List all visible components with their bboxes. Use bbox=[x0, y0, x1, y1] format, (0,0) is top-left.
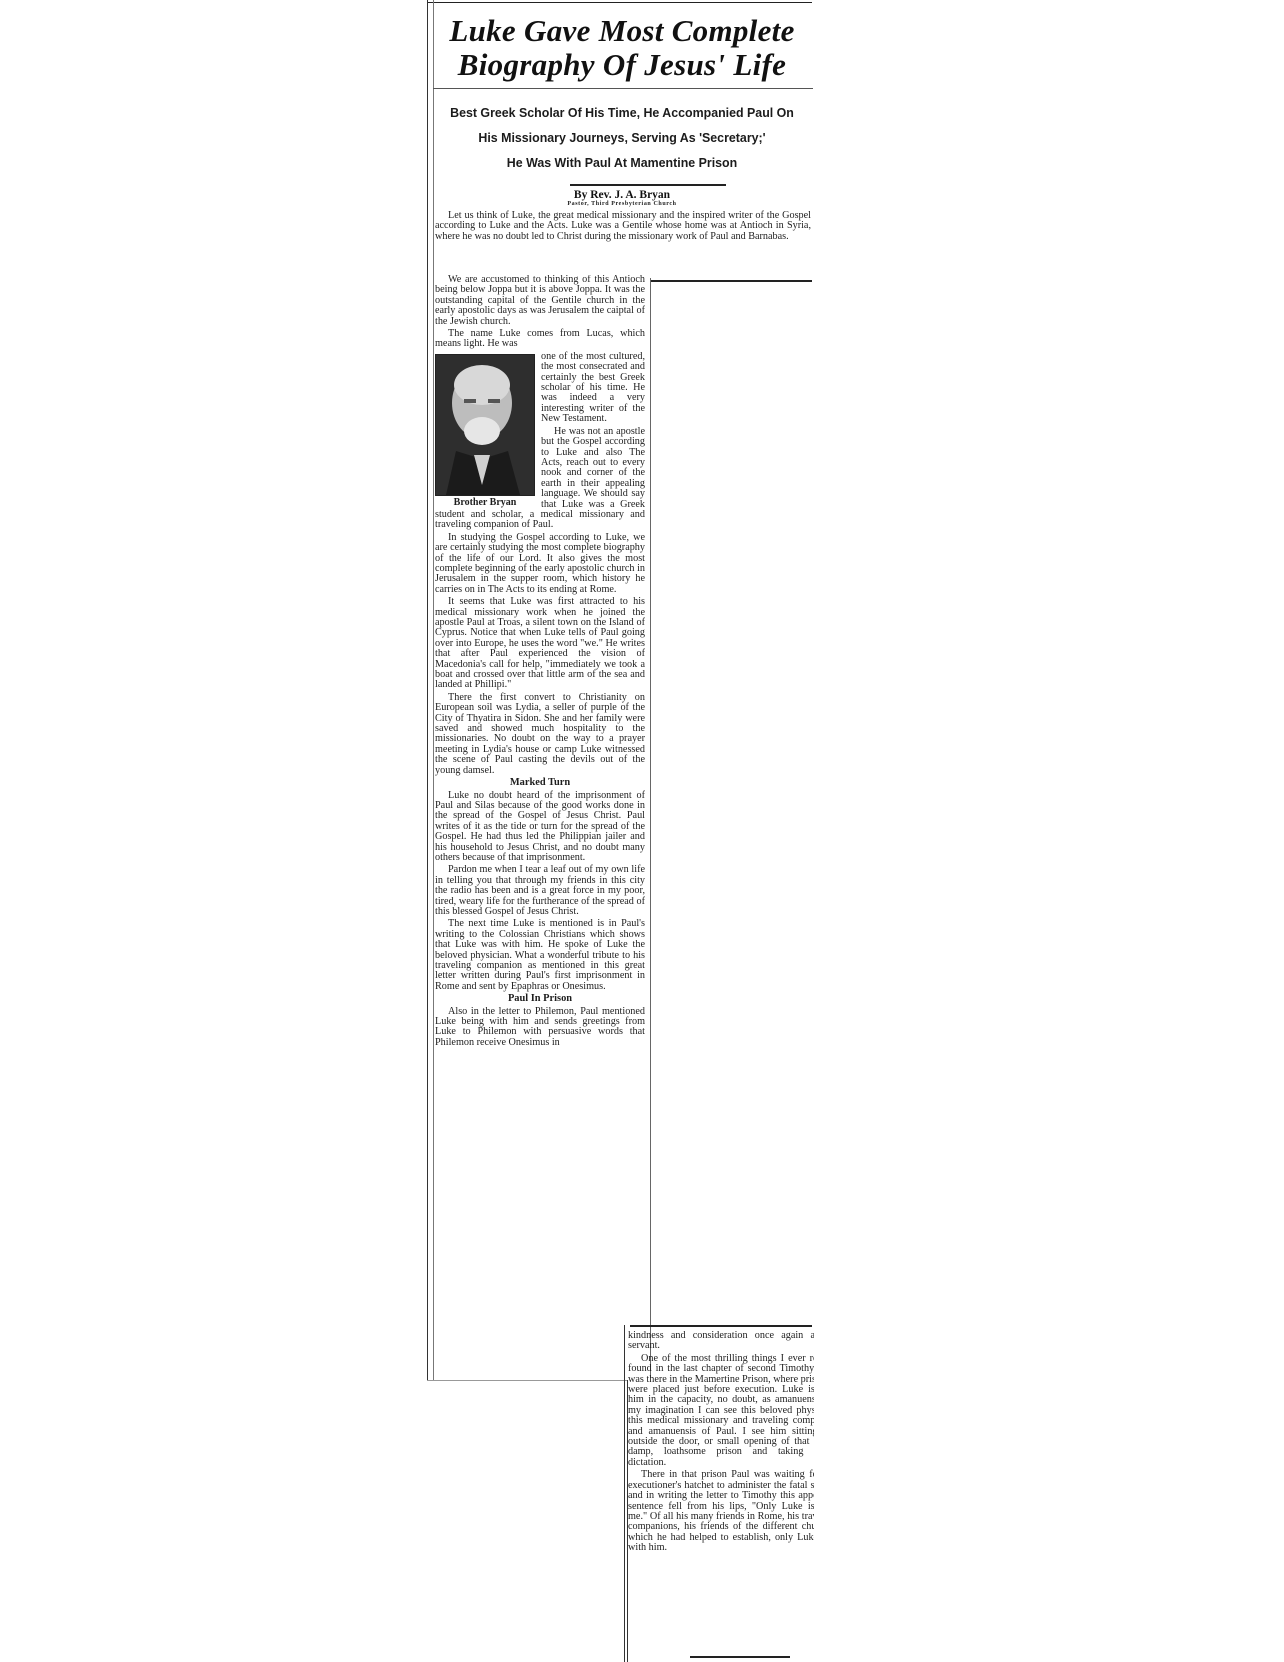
lede-paragraph: Let us think of Luke, the great medical … bbox=[435, 211, 811, 244]
col1-bottom-rule bbox=[427, 1380, 627, 1381]
headline: Luke Gave Most Complete Biography Of Jes… bbox=[432, 14, 812, 82]
left-border bbox=[427, 0, 428, 1380]
top-border bbox=[428, 2, 812, 3]
lede-text: Let us think of Luke, the great medical … bbox=[435, 211, 811, 242]
paragraph: In studying the Gospel according to Luke… bbox=[435, 533, 645, 595]
paragraph: There the first convert to Christianity … bbox=[435, 693, 645, 776]
deck-line-3: He Was With Paul At Mamentine Prison bbox=[443, 150, 800, 175]
author-title: Pastor, Third Presbyterian Church bbox=[432, 201, 812, 207]
byline: By Rev. J. A. Bryan bbox=[432, 189, 812, 201]
scan-mask-far-right bbox=[814, 0, 1284, 1662]
deck-subheadline: Best Greek Scholar Of His Time, He Accom… bbox=[443, 100, 800, 175]
headline-line-1: Luke Gave Most Complete bbox=[432, 14, 812, 48]
portrait-photo-icon bbox=[435, 354, 535, 496]
inset-top-rule bbox=[650, 280, 812, 282]
paragraph: Also in the letter to Philemon, Paul men… bbox=[435, 1007, 645, 1049]
paragraph: The next time Luke is mentioned is in Pa… bbox=[435, 919, 645, 992]
col2-top-rule bbox=[630, 1325, 812, 1327]
paragraph: Pardon me when I tear a leaf out of my o… bbox=[435, 865, 645, 917]
scan-mask-right bbox=[652, 284, 812, 1324]
paragraph: It seems that Luke was first attracted t… bbox=[435, 597, 645, 691]
subheading-marked-turn: Marked Turn bbox=[435, 778, 645, 788]
deck-line-2: His Missionary Journeys, Serving As 'Sec… bbox=[443, 125, 800, 150]
author-photo: Brother Bryan bbox=[435, 354, 535, 504]
col-divider bbox=[650, 278, 651, 1378]
paragraph: There in that prison Paul was waiting fo… bbox=[628, 1470, 838, 1553]
photo-caption: Brother Bryan bbox=[435, 498, 535, 508]
paragraph: One of the most thrilling things I ever … bbox=[628, 1354, 838, 1468]
col2-left-border bbox=[624, 1325, 625, 1662]
paragraph: We are accustomed to thinking of this An… bbox=[435, 275, 645, 327]
paragraph: The name Luke comes from Lucas, which me… bbox=[435, 329, 645, 350]
deck-line-1: Best Greek Scholar Of His Time, He Accom… bbox=[443, 100, 800, 125]
paragraph: kindness and consideration once again as… bbox=[628, 1331, 838, 1352]
subheading-paul-in-prison: Paul In Prison bbox=[435, 994, 645, 1004]
deck-rule bbox=[570, 184, 726, 186]
headline-line-2: Biography Of Jesus' Life bbox=[432, 48, 812, 82]
article-column-1: We are accustomed to thinking of this An… bbox=[435, 275, 645, 1375]
headline-rule bbox=[433, 88, 813, 89]
article-column-2: kindness and consideration once again as… bbox=[628, 1331, 838, 1661]
paragraph: Luke no doubt heard of the imprisonment … bbox=[435, 791, 645, 864]
left-border-inner bbox=[433, 0, 434, 1380]
